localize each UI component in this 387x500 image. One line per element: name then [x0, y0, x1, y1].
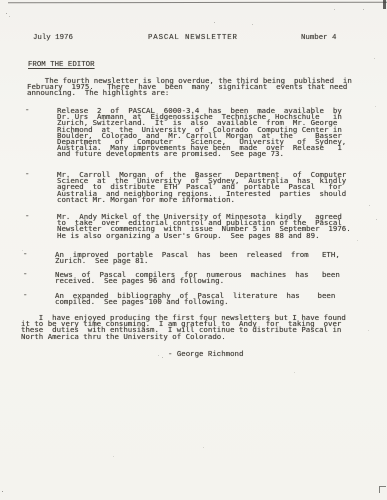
- header-date: July 1976: [33, 35, 73, 41]
- bullet-dash: -: [23, 252, 55, 264]
- scan-edge-line: [8, 2, 387, 4]
- section-heading: FROM THE EDITOR: [28, 62, 95, 68]
- bullet-text: An expanded bibliography of Pascal liter…: [55, 293, 335, 305]
- bullet-dash: -: [23, 293, 55, 305]
- bullet-text: Release 2 of PASCAL 6000-3.4 has been ma…: [57, 108, 346, 158]
- scan-noise: [0, 0, 1, 1]
- bullet-text: Mr. Andy Mickel of the University of Min…: [57, 214, 351, 239]
- bullet-item-bibliography: - An expanded bibliography of Pascal lit…: [23, 293, 335, 305]
- bullet-text: Mr. Carroll Morgan of the Basser Departm…: [57, 172, 346, 203]
- bullet-dash: -: [25, 172, 57, 203]
- bullet-item-portable-pascal: - An improved portable Pascal has been r…: [23, 252, 340, 264]
- bullet-dash: -: [25, 214, 57, 239]
- scan-corner-mark: [379, 486, 386, 493]
- bullet-text: News of Pascal compilers for numerous ma…: [55, 272, 340, 284]
- bullet-dash: -: [25, 108, 57, 158]
- closing-paragraph: I have enjoyed producing the first four …: [21, 315, 346, 340]
- signature: - George Richmond: [168, 352, 243, 358]
- bullet-dash: -: [23, 272, 55, 284]
- bullet-text: An improved portable Pascal has been rel…: [55, 252, 340, 264]
- bullet-item-mickel-editor: - Mr. Andy Mickel of the University of M…: [25, 214, 351, 239]
- header-issue-number: Number 4: [301, 35, 336, 41]
- header-title: PASCAL NEWSLETTER: [148, 35, 238, 41]
- scan-corner-tick: [383, 0, 386, 9]
- intro-paragraph: The fourth newsletter is long overdue, t…: [27, 78, 352, 97]
- bullet-item-compiler-news: - News of Pascal compilers for numerous …: [23, 272, 340, 284]
- bullet-item-morgan-distribution: - Mr. Carroll Morgan of the Basser Depar…: [25, 172, 346, 203]
- newsletter-scanned-page: July 1976 PASCAL NEWSLETTER Number 4 FRO…: [0, 0, 387, 500]
- bullet-item-release2: - Release 2 of PASCAL 6000-3.4 has been …: [25, 108, 346, 158]
